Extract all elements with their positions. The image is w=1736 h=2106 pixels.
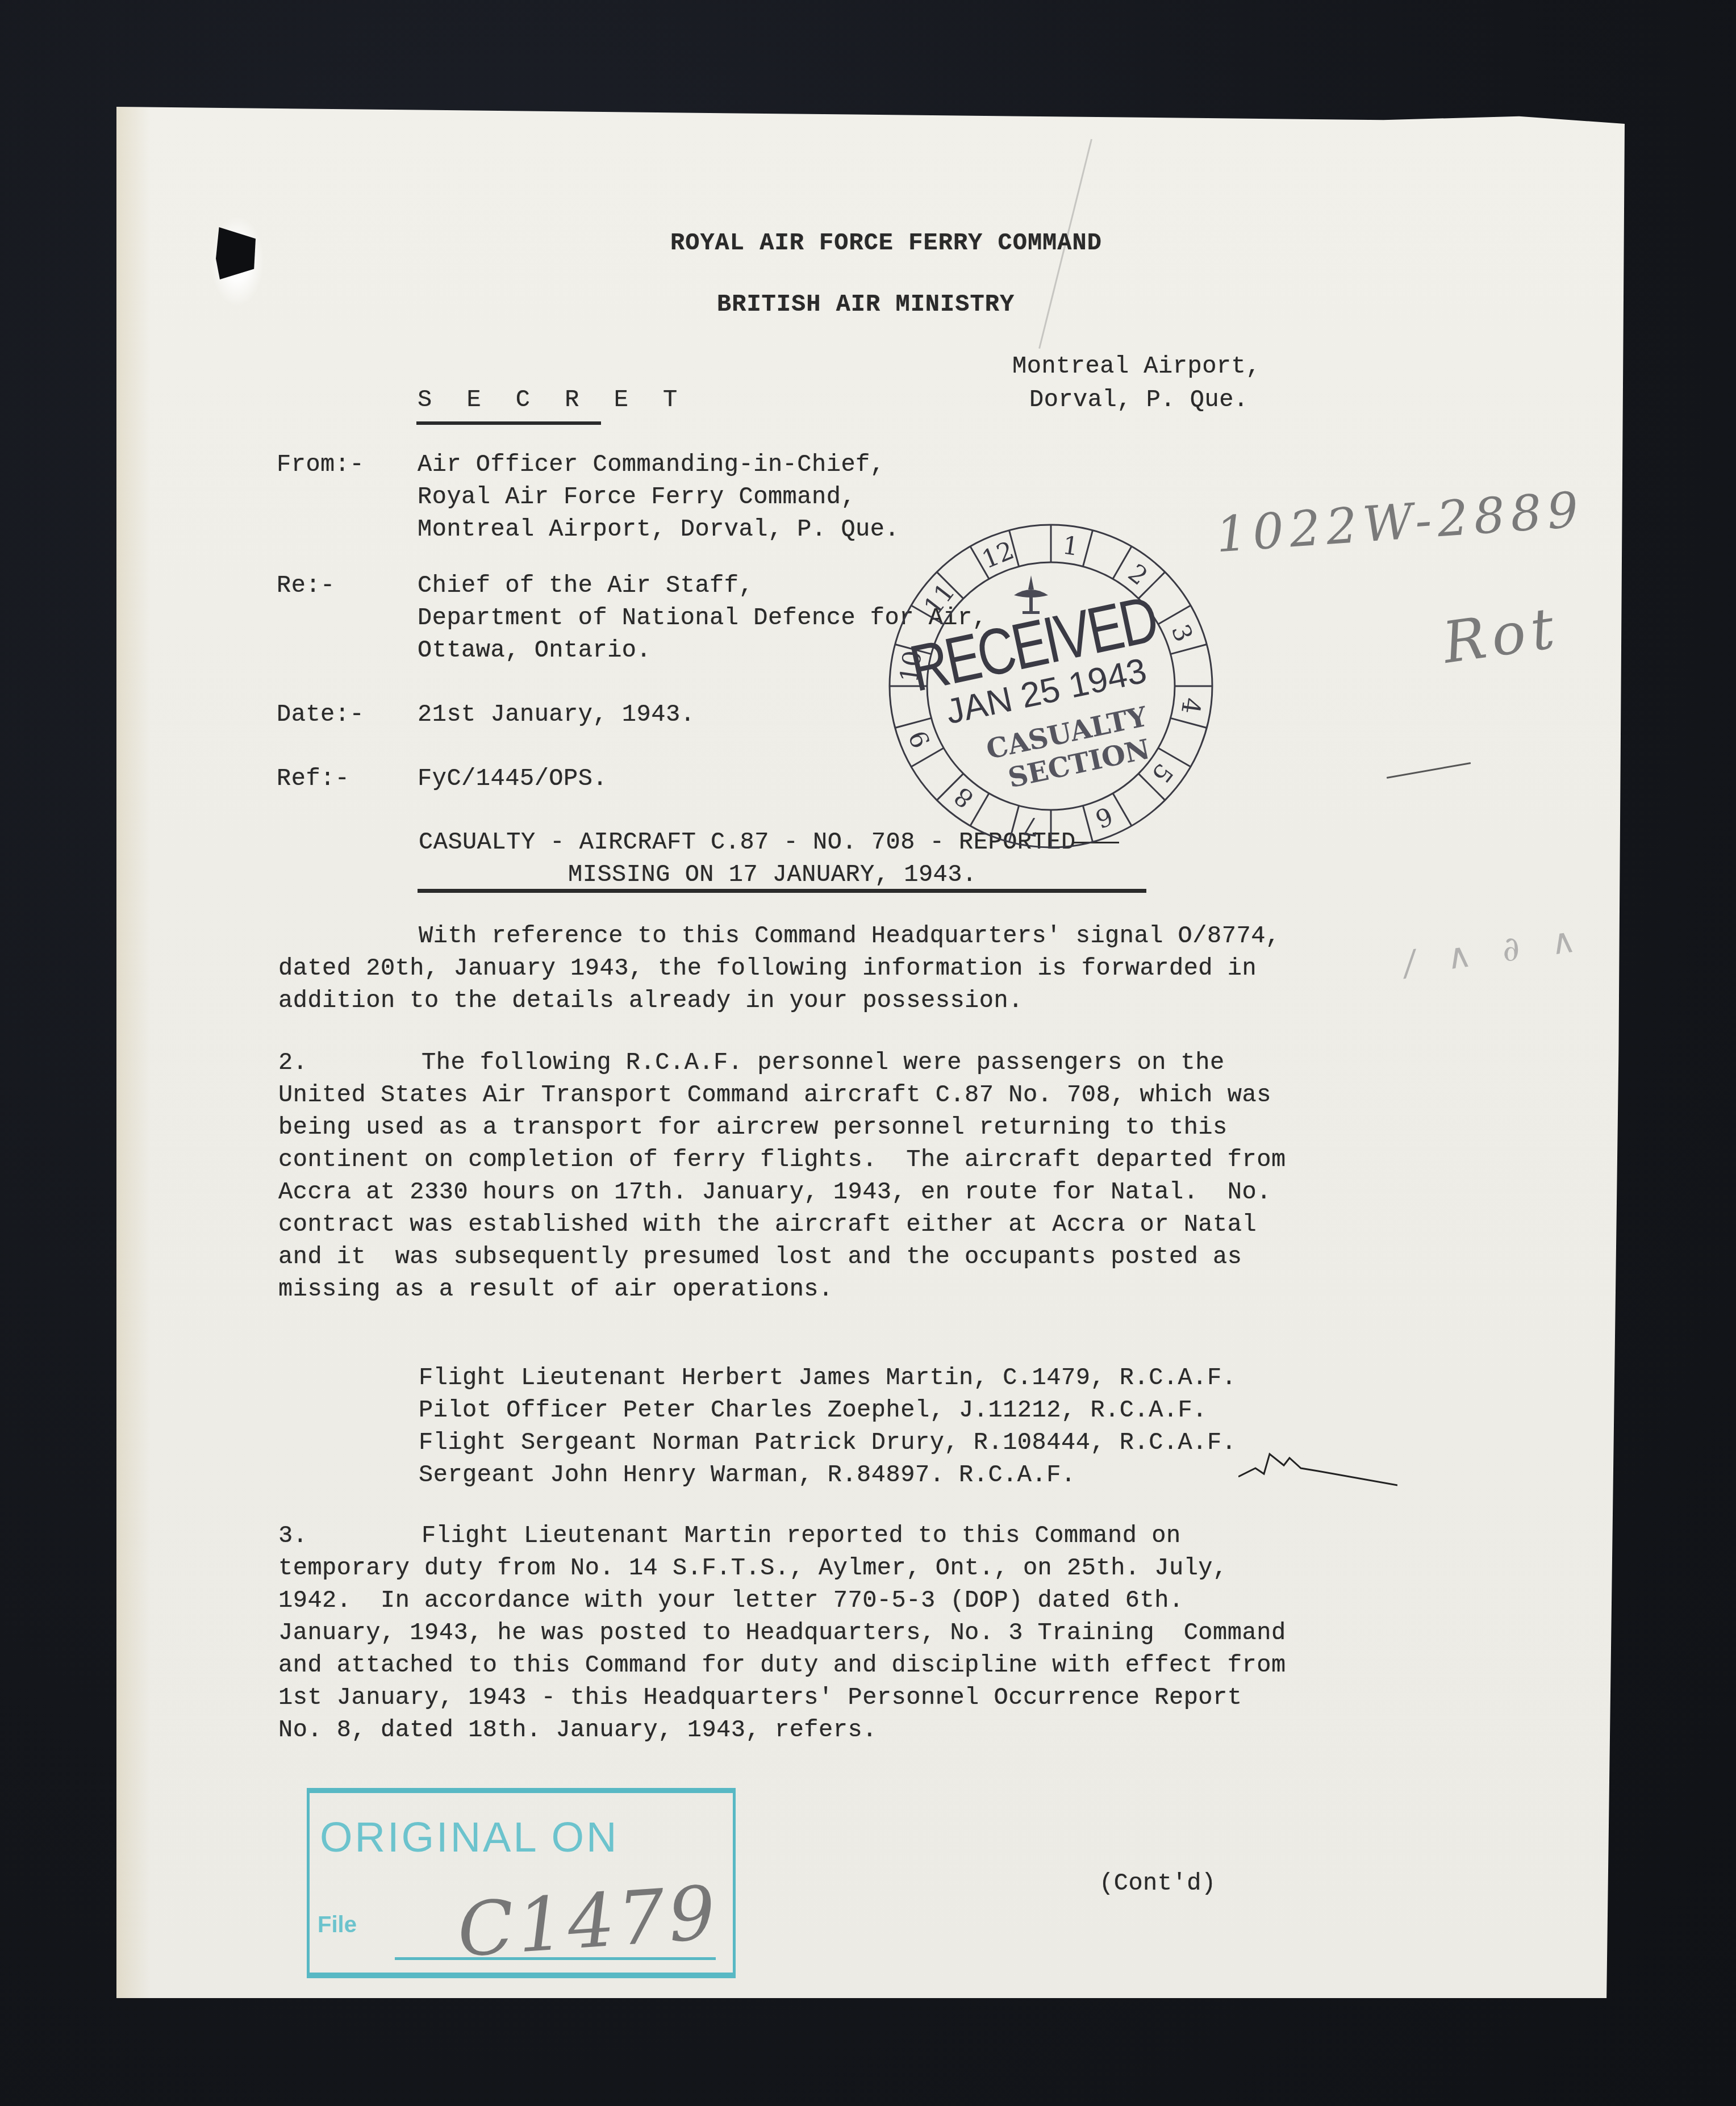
para2-line7: and it was subsequently presumed lost an… xyxy=(278,1241,1242,1273)
letterhead-line2: BRITISH AIR MINISTRY xyxy=(717,289,1015,321)
paper-edge-stain xyxy=(116,107,151,1998)
personnel-item-3: Flight Sergeant Norman Patrick Drury, R.… xyxy=(419,1427,1236,1459)
file-stamp-heading: ORIGINAL ON xyxy=(320,1813,619,1861)
para3-line4: January, 1943, he was posted to Headquar… xyxy=(278,1617,1286,1649)
para3-line6: 1st January, 1943 - this Headquarters' P… xyxy=(278,1682,1242,1714)
para2-number: 2. xyxy=(278,1047,307,1079)
para2-line2: United States Air Transport Command airc… xyxy=(278,1079,1271,1111)
para3-line2: temporary duty from No. 14 S.F.T.S., Ayl… xyxy=(278,1552,1228,1585)
re-label: Re:- xyxy=(277,570,335,602)
para3-line7: No. 8, dated 18th. January, 1943, refers… xyxy=(278,1714,877,1746)
received-date-stamp: 12 1 2 3 4 5 6 7 8 9 10 11 RECEIVED JAN … xyxy=(886,521,1216,851)
sender-address-line1: Montreal Airport, xyxy=(1012,350,1261,383)
re-line-3: Ottawa, Ontario. xyxy=(418,634,651,667)
para2-line5: Accra at 2330 hours on 17th. January, 19… xyxy=(278,1176,1271,1209)
re-line-1: Chief of the Air Staff, xyxy=(418,570,753,602)
para3-line1: Flight Lieutenant Martin reported to thi… xyxy=(422,1520,1181,1552)
file-stamp-rule xyxy=(395,1957,716,1960)
date-value: 21st January, 1943. xyxy=(418,699,695,731)
classification-underline xyxy=(416,421,601,425)
stamp-hour-9: 9 xyxy=(904,726,937,752)
para2-line4: continent on completion of ferry flights… xyxy=(278,1144,1286,1176)
classification-marking: S E C R E T xyxy=(418,384,687,416)
original-on-file-stamp: ORIGINAL ON File C1479 xyxy=(307,1788,736,1978)
personnel-item-2: Pilot Officer Peter Charles Zoephel, J.1… xyxy=(419,1394,1207,1427)
sender-address-line2: Dorval, P. Que. xyxy=(1029,384,1249,416)
subject-underline xyxy=(418,889,1146,893)
stamp-hour-4: 4 xyxy=(1175,696,1206,716)
stamp-hour-6: 6 xyxy=(1091,801,1117,834)
para2-line6: contract was established with the aircra… xyxy=(278,1209,1257,1241)
from-label: From:- xyxy=(277,449,364,481)
para3-number: 3. xyxy=(278,1520,307,1552)
stamp-hour-7: 7 xyxy=(1021,810,1041,841)
from-line-1: Air Officer Commanding-in-Chief, xyxy=(418,449,885,481)
para2-line8: missing as a result of air operations. xyxy=(278,1273,833,1306)
file-stamp-label: File xyxy=(318,1912,357,1938)
date-label: Date:- xyxy=(277,699,364,731)
para1-line1: With reference to this Command Headquart… xyxy=(419,920,1280,952)
personnel-item-1: Flight Lieutenant Herbert James Martin, … xyxy=(419,1362,1236,1394)
para2-line3: being used as a transport for aircrew pe… xyxy=(278,1111,1228,1144)
ink-check-mark xyxy=(1238,1451,1397,1491)
ref-label: Ref:- xyxy=(277,763,350,795)
para2-line1: The following R.C.A.F. personnel were pa… xyxy=(422,1047,1225,1079)
stamp-hour-3: 3 xyxy=(1166,620,1199,646)
from-line-2: Royal Air Force Ferry Command, xyxy=(418,481,856,513)
para3-line3: 1942. In accordance with your letter 770… xyxy=(278,1585,1184,1617)
letterhead-line1: ROYAL AIR FORCE FERRY COMMAND xyxy=(670,227,1102,260)
from-line-3: Montreal Airport, Dorval, P. Que. xyxy=(418,513,899,546)
ref-value: FyC/1445/OPS. xyxy=(418,763,607,795)
para1-line3: addition to the details already in your … xyxy=(278,985,1023,1017)
stamp-hour-1: 1 xyxy=(1061,531,1080,562)
personnel-item-4: Sergeant John Henry Warman, R.84897. R.C… xyxy=(419,1459,1076,1491)
para1-line2: dated 20th, January 1943, the following … xyxy=(278,952,1257,985)
subject-line2: MISSING ON 17 JANUARY, 1943. xyxy=(568,859,977,891)
para3-line5: and attached to this Command for duty an… xyxy=(278,1649,1286,1682)
stamp-hour-8: 8 xyxy=(949,781,979,813)
continued-marker: (Cont'd) xyxy=(1099,1867,1216,1900)
